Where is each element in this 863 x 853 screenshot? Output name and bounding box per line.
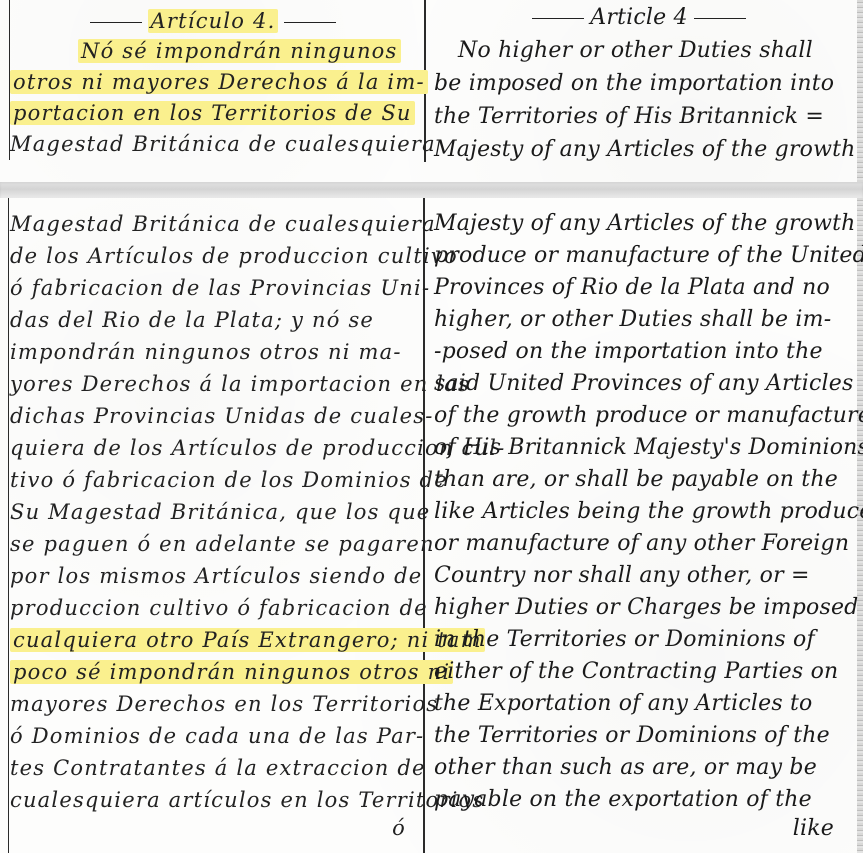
- spanish-line: por los mismos Artículos siendo de: [10, 560, 416, 592]
- spanish-line: otros ni mayores Derechos á la im-: [10, 67, 416, 98]
- english-line: Majesty of any Articles of the growth: [434, 208, 844, 240]
- spanish-line: portacion en los Territorios de Su: [10, 98, 416, 129]
- spanish-line: impondrán ningunos otros ni ma-: [10, 336, 416, 368]
- spanish-column-bottom: Magestad Británica de cualesquiera de lo…: [10, 208, 416, 840]
- english-line: other than such as are, or may be: [434, 752, 844, 784]
- english-heading-line: Article 4: [434, 2, 844, 34]
- english-line: in the Territories or Dominions of: [434, 624, 844, 656]
- english-line: the Exportation of any Articles to: [434, 688, 844, 720]
- english-article-heading: Article 4: [590, 5, 687, 30]
- spanish-line: ó fabricacion de las Provincias Uni-: [10, 272, 416, 304]
- english-line: be imposed on the importation into: [434, 67, 844, 100]
- spanish-line: tivo ó fabricacion de los Dominios de: [10, 464, 416, 496]
- english-line: of the growth produce or manufacture: [434, 400, 844, 432]
- english-line-catchword: like: [434, 816, 844, 842]
- english-line: Country nor shall any other, or =: [434, 560, 844, 592]
- highlighted-text: poco sé impondrán ningunos otros ni: [10, 660, 453, 684]
- english-line: than are, or shall be payable on the: [434, 464, 844, 496]
- spanish-line: produccion cultivo ó fabricacion de: [10, 592, 416, 624]
- heading-rule: [284, 22, 336, 23]
- english-line: Majesty of any Articles of the growth: [434, 133, 844, 166]
- spanish-line-catchword: ó: [10, 816, 416, 840]
- spanish-line: de los Artículos de produccion cultivo: [10, 240, 416, 272]
- page-edge: [857, 0, 863, 182]
- highlighted-text: portacion en los Territorios de Su: [10, 101, 415, 125]
- spanish-line: Magestad Británica de cualesquiera: [10, 129, 416, 160]
- highlighted-text: otros ni mayores Derechos á la im-: [10, 70, 428, 94]
- english-line: payable on the exportation of the: [434, 784, 844, 816]
- english-line: higher Duties or Charges be imposed: [434, 592, 844, 624]
- english-line: or manufacture of any other Foreign: [434, 528, 844, 560]
- spanish-line: Magestad Británica de cualesquiera: [10, 208, 416, 240]
- spanish-line: mayores Derechos en los Territorios: [10, 688, 416, 720]
- heading-rule: [90, 22, 142, 23]
- english-column-bottom: Majesty of any Articles of the growth pr…: [434, 208, 844, 842]
- english-line: the Territories of His Britannick =: [434, 100, 844, 133]
- heading-rule: [532, 18, 584, 19]
- english-column-top: Article 4 No higher or other Duties shal…: [434, 2, 844, 166]
- english-line: the Territories or Dominions of the: [434, 720, 844, 752]
- heading-rule: [694, 18, 746, 19]
- english-line: Provinces of Rio de la Plata and no: [434, 272, 844, 304]
- highlighted-text: cualquiera otro País Extrangero; ni tam: [10, 628, 485, 652]
- english-line: said United Provinces of any Articles: [434, 368, 844, 400]
- spanish-line: cualesquiera artículos en los Territorio…: [10, 784, 416, 816]
- spanish-line: poco sé impondrán ningunos otros ni: [10, 656, 416, 688]
- spanish-line: dichas Provincias Unidas de cuales-: [10, 400, 416, 432]
- manuscript-fragment-top: Artículo 4. Nó sé impondrán ningunos otr…: [0, 0, 863, 182]
- english-line: produce or manufacture of the United: [434, 240, 844, 272]
- spanish-column-top: Artículo 4. Nó sé impondrán ningunos otr…: [10, 6, 416, 160]
- spanish-line: yores Derechos á la importacion en las: [10, 368, 416, 400]
- spanish-line: quiera de los Artículos de produccion cu…: [10, 432, 416, 464]
- english-line: of His Britannick Majesty's Dominions: [434, 432, 844, 464]
- page-edge: [857, 198, 863, 853]
- spanish-article-heading: Artículo 4.: [148, 9, 279, 33]
- spanish-line: Su Magestad Británica, que los que: [10, 496, 416, 528]
- english-line: like Articles being the growth produce: [434, 496, 844, 528]
- fragment-separator: [0, 182, 863, 198]
- english-line: higher, or other Duties shall be im-: [434, 304, 844, 336]
- manuscript-fragment-bottom: Magestad Británica de cualesquiera de lo…: [0, 198, 863, 853]
- left-margin-rule: [8, 198, 9, 853]
- english-line: -posed on the importation into the: [434, 336, 844, 368]
- highlighted-text: Nó sé impondrán ningunos: [78, 39, 401, 63]
- spanish-line: tes Contratantes á la extraccion de: [10, 752, 416, 784]
- english-line: either of the Contracting Parties on: [434, 656, 844, 688]
- english-line: No higher or other Duties shall: [434, 34, 844, 67]
- spanish-heading-line: Artículo 4.: [10, 6, 416, 36]
- spanish-line: Nó sé impondrán ningunos: [10, 36, 416, 67]
- spanish-line: cualquiera otro País Extrangero; ni tam: [10, 624, 416, 656]
- spanish-line: das del Rio de la Plata; y nó se: [10, 304, 416, 336]
- spanish-line: se paguen ó en adelante se pagaren: [10, 528, 416, 560]
- spanish-line: ó Dominios de cada una de las Par-: [10, 720, 416, 752]
